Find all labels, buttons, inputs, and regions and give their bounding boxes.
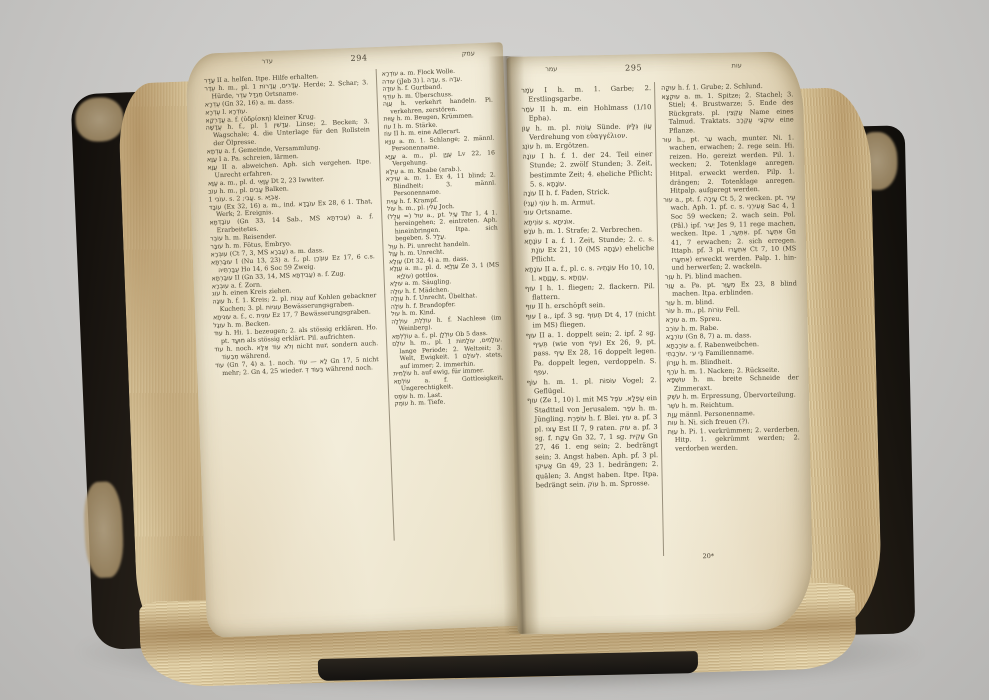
dictionary-entry: עוף (Ze 1, 10) l. mit MS עֻפְלָא. עֹפֶל … — [527, 394, 659, 491]
right-page-column-1: עֹמֶר I h. m. 1. Garbe; 2. Erstlingsgarb… — [521, 84, 659, 491]
cover-wear-patch — [75, 97, 125, 143]
dictionary-entry: עִוֵּת h. Pi. 1. verkrümmen; 2. verderbe… — [668, 425, 800, 453]
dictionary-entry: עֹמֶר II h. m. ein Hohlmass (1/10 Epha). — [521, 103, 651, 124]
dictionary-entry: עוֹנָתָא I a. f. 1. Zeit, Stunde; 2. c. … — [524, 235, 655, 266]
running-head-right: עות — [732, 61, 742, 69]
dictionary-entry: עוֹנָתָא II a. f., pl. c. s. עוֹנָתֵיהּ … — [524, 263, 654, 284]
dictionary-entry: עוּר h., pt. עֵר wach, munter. Ni. 1. wa… — [662, 133, 795, 196]
dictionary-entry: עָוֹן h. m. pl. עֲוֹנוֹת Sünde. עֲוֹן גִ… — [522, 122, 652, 143]
cover-wear-patch — [83, 481, 125, 579]
running-head-right: עמק — [462, 49, 475, 57]
signature-mark: 20* — [702, 552, 714, 560]
dictionary-entry: עוּף I h. 1. fliegen; 2. flackern. Pil. … — [525, 282, 655, 303]
running-head-left: עדר — [261, 57, 273, 65]
left-page-column-2: עוֹדְרָא a. m. Flock Wolle.עודה (jJeb 3)… — [382, 67, 505, 408]
right-page-column-2: עוּקָה h. f. 1. Grube; 2. Schlund.עוּקְצ… — [661, 81, 800, 453]
dictionary-entry: עוֹף h. m. 1. pl. עוֹפוֹת Vogel; 2. Gefl… — [527, 376, 657, 397]
right-page-header: עמר 295 עות — [507, 60, 803, 78]
dictionary-entry: עוּף II a. 1. doppelt sein; 2. ipf. 2 sg… — [526, 329, 657, 379]
right-page: עמר 295 עות עֹמֶר I h. m. 1. Garbe; 2. E… — [506, 51, 813, 635]
dictionary-entry: עֹמֶר I h. m. 1. Garbe; 2. Erstlingsgarb… — [521, 84, 651, 105]
dictionary-entry: עוּר a., pt. f. עָיְרָה Ct 5, 2 wecken. … — [663, 193, 796, 273]
dictionary-entry: עוֹנָה I h. f. 1. der 24. Teil einer Stu… — [522, 150, 653, 190]
page-number-294: 294 — [350, 53, 367, 63]
photo-scene: עדר 294 עמק עֲדַר II a. helfen. Itpe. Hi… — [0, 0, 989, 700]
running-head-left: עמר — [545, 65, 557, 73]
page-number-295: 295 — [625, 63, 642, 72]
left-page-column-1: עֲדַר II a. helfen. Itpe. Hilfe erhalten… — [204, 71, 379, 378]
dictionary-entry: עוּף I a., ipf. 3 sg. תְּעוּף Dt 4, 17 (… — [525, 310, 655, 331]
dictionary-entry: עוֹלָם h. m., pl. עוֹלָמִים, עוֹלָמוֹת 1… — [392, 336, 503, 370]
dictionary-entry: עוּל (= עֲלַל) a., pt. עָיֵל Thr 1, 4 1.… — [387, 209, 498, 243]
dictionary-entry: עוּקְצָא a. m. 1. Spitze; 2. Stachel; 3.… — [661, 90, 794, 135]
left-page: עדר 294 עמק עֲדַר II a. helfen. Itpe. Hi… — [185, 42, 525, 638]
